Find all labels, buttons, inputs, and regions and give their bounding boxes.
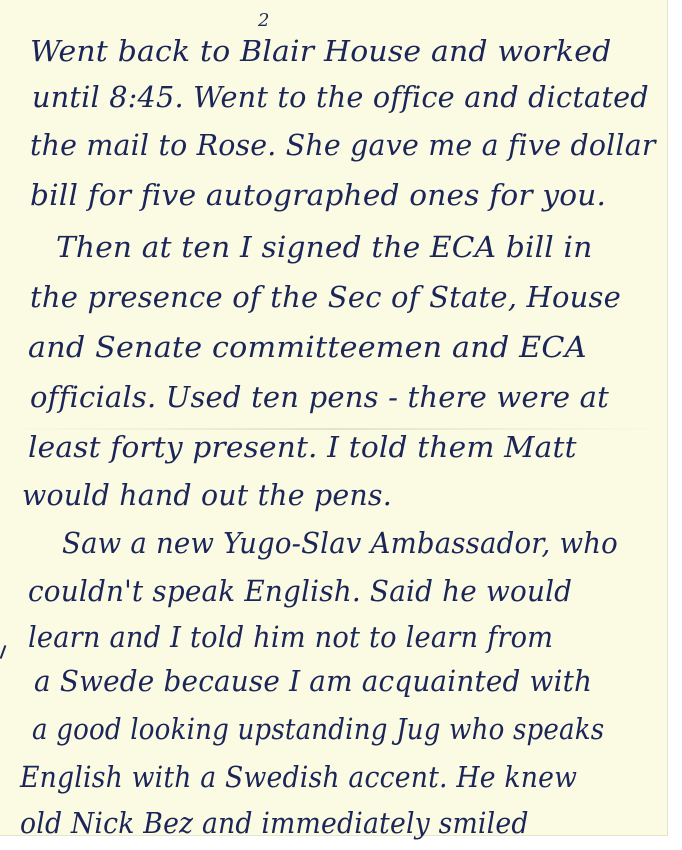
- margin-mark: [0, 645, 6, 659]
- text-line-17: old Nick Bez and immediately smiled: [20, 806, 529, 840]
- letter-page: 2 Went back to Blair House and worked un…: [0, 0, 668, 836]
- text-line-8: officials. Used ten pens - there were at: [30, 380, 609, 414]
- text-line-3: the mail to Rose. She gave me a five dol…: [30, 128, 656, 162]
- text-line-2: until 8:45. Went to the office and dicta…: [32, 80, 649, 114]
- text-line-5: Then at ten I signed the ECA bill in: [56, 230, 592, 264]
- text-line-11: Saw a new Yugo-Slav Ambassador, who: [62, 526, 618, 560]
- text-line-7: and Senate committeemen and ECA: [28, 330, 587, 364]
- text-line-10: would hand out the pens.: [22, 478, 392, 512]
- page-number: 2: [258, 10, 269, 31]
- text-line-14: a Swede because I am acquainted with: [34, 664, 592, 698]
- text-line-16: English with a Swedish accent. He knew: [20, 760, 577, 794]
- text-line-4: bill for five autographed ones for you.: [30, 178, 606, 212]
- text-line-9: least forty present. I told them Matt: [28, 430, 577, 464]
- text-line-13: learn and I told him not to learn from: [28, 620, 553, 654]
- text-line-6: the presence of the Sec of State, House: [30, 280, 621, 314]
- text-line-15: a good looking upstanding Jug who speaks: [32, 712, 604, 746]
- text-line-1: Went back to Blair House and worked: [30, 34, 611, 68]
- text-line-12: couldn't speak English. Said he would: [28, 574, 572, 608]
